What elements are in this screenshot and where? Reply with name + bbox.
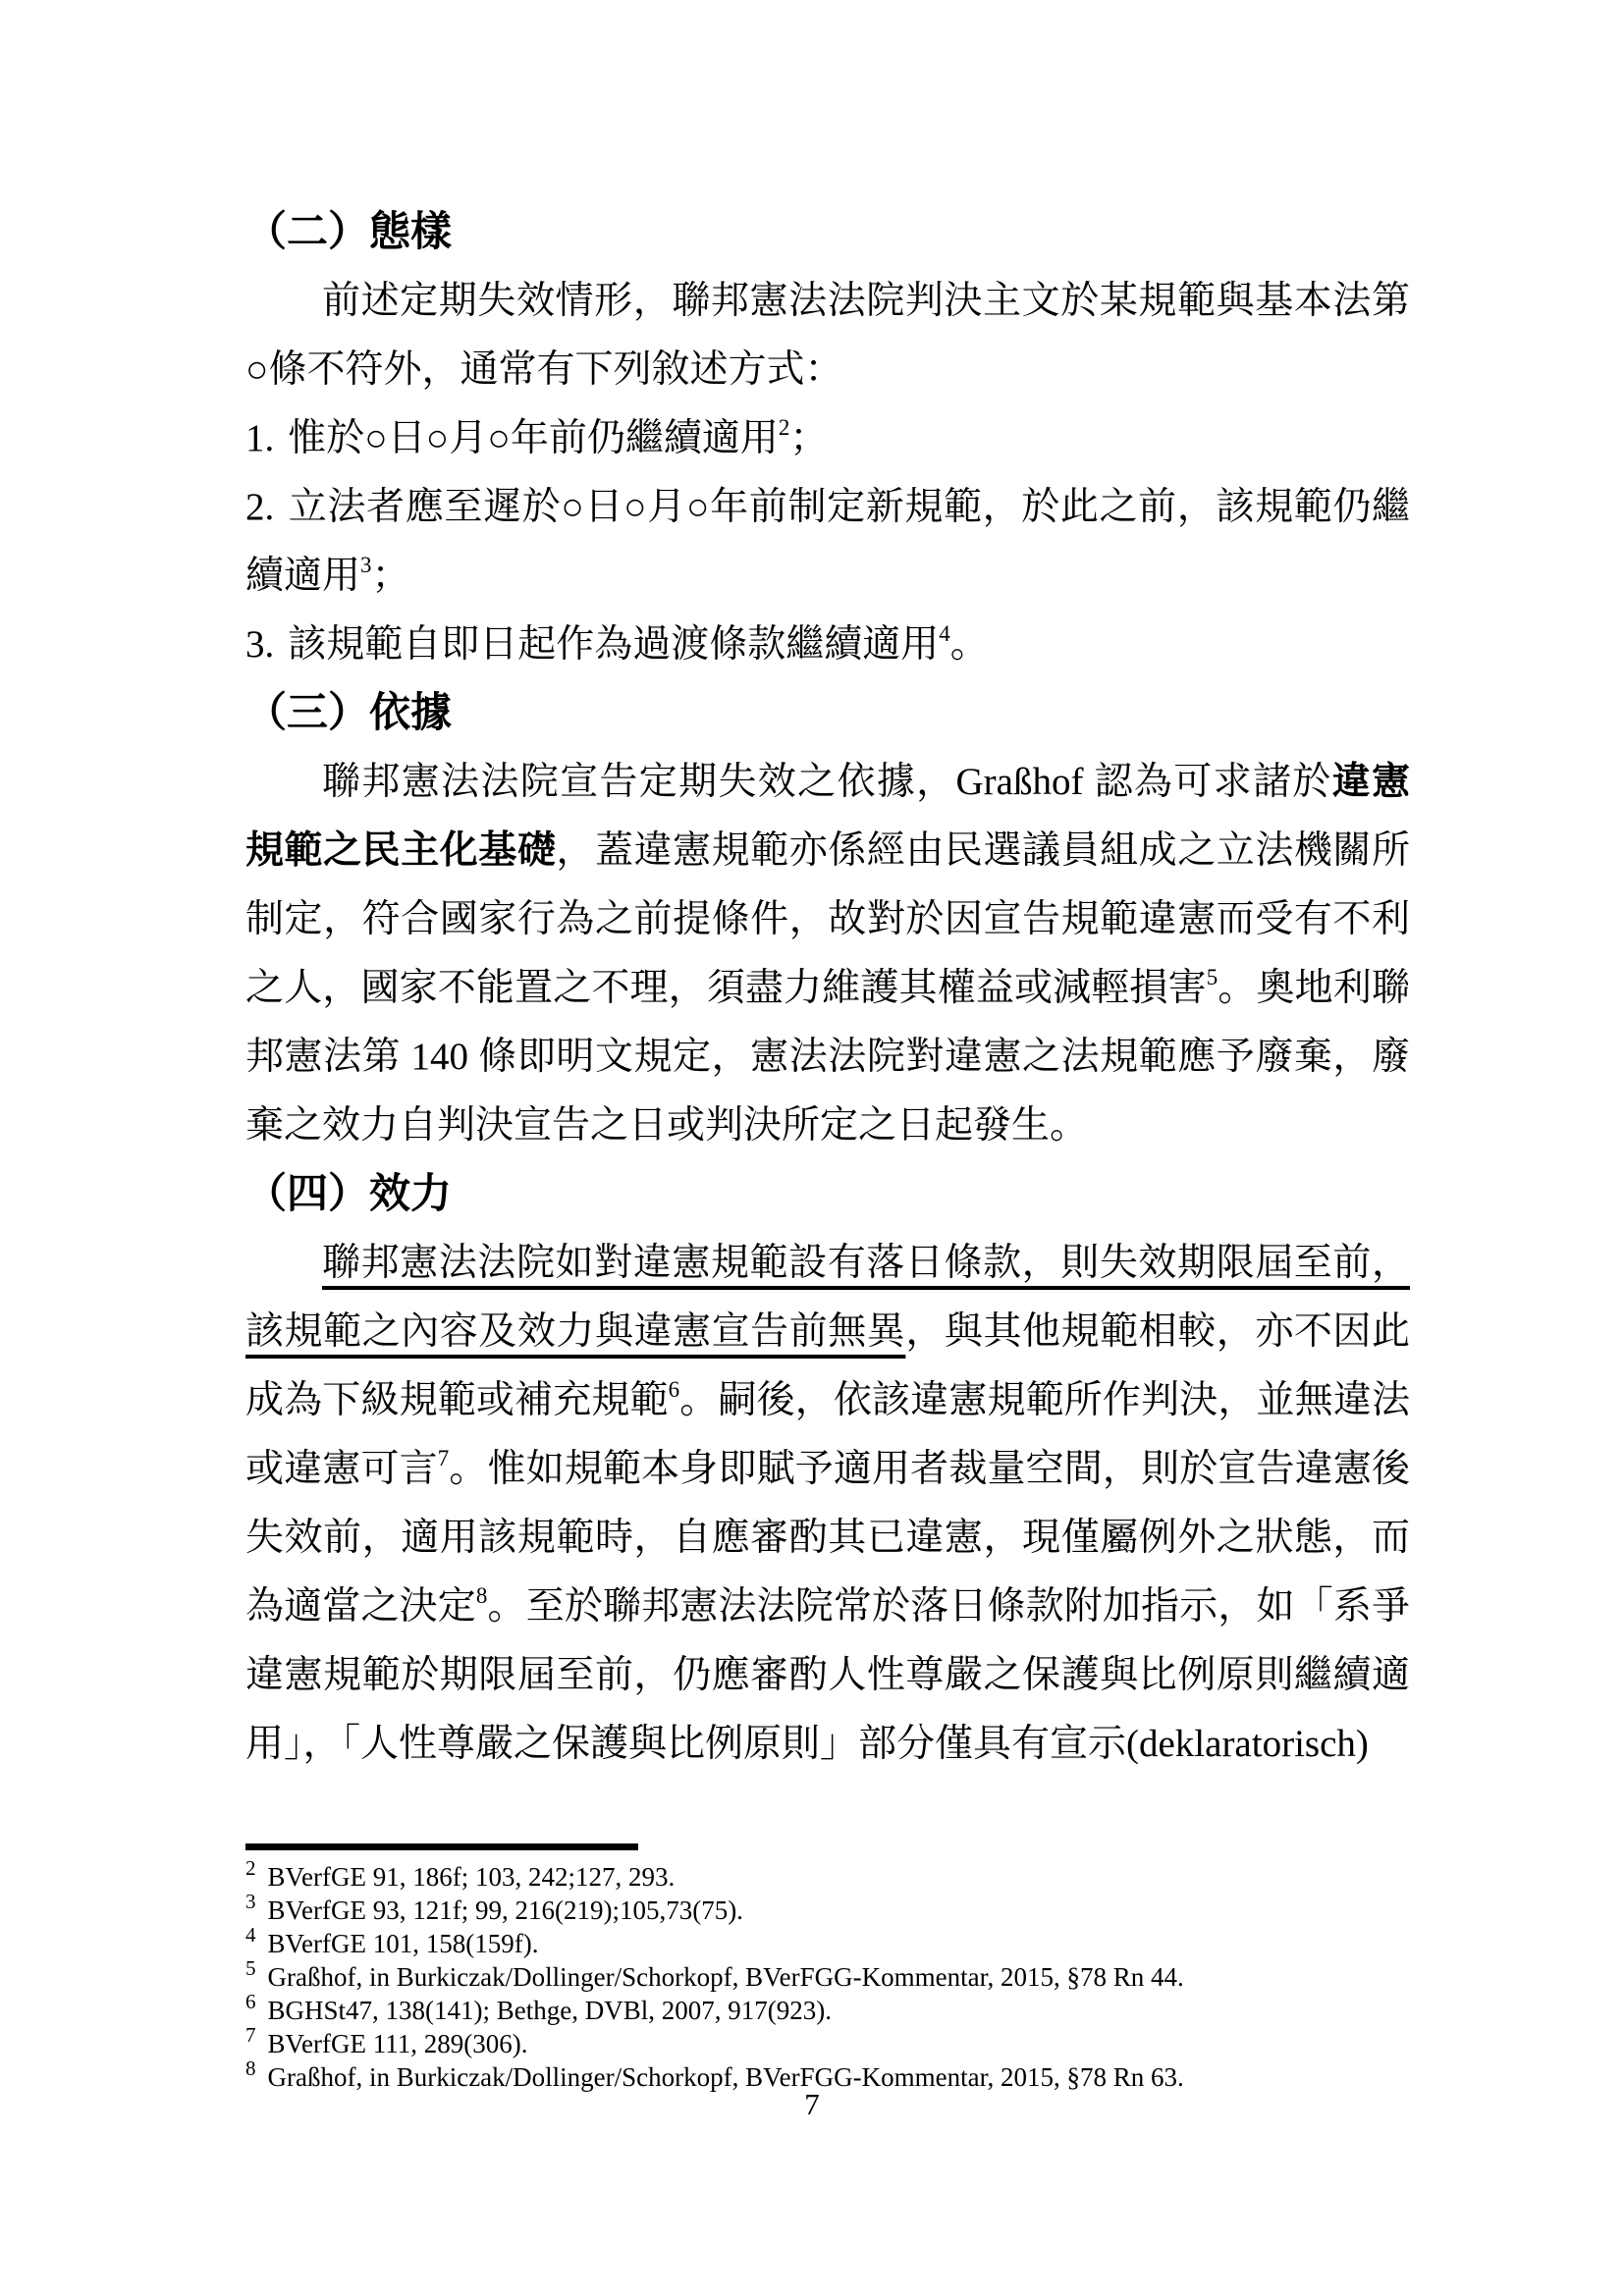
footnote-text: BVerfGE 101, 158(159f). bbox=[268, 1929, 539, 1958]
list-item-number: 1. bbox=[245, 417, 274, 459]
footnote-number: 7 bbox=[245, 2023, 256, 2047]
list-item-text: 該規範自即日起作為過渡條款繼續適用 bbox=[288, 623, 939, 666]
section-heading-4: （四）效力 bbox=[245, 1160, 1410, 1229]
list-item-tail: ； bbox=[372, 555, 410, 597]
footnote-3: 3BVerfGE 93, 121f; 99, 216(219);105,73(7… bbox=[245, 1894, 1424, 1927]
list-item-1: 1.惟於○日○月○年前仍繼續適用2； bbox=[245, 404, 1410, 473]
footnote-number: 3 bbox=[245, 1890, 256, 1913]
list-item-2: 2.立法者應至遲於○日○月○年前制定新規範，於此之前，該規範仍繼續適用3； bbox=[245, 473, 1410, 611]
list-item-number: 2. bbox=[245, 486, 274, 528]
section-heading-2: （二）態樣 bbox=[245, 198, 1410, 267]
footnote-ref-5: 5 bbox=[1207, 965, 1218, 989]
footnote-number: 8 bbox=[245, 2056, 256, 2080]
document-page: （二）態樣 前述定期失效情形，聯邦憲法法院判決主文於某規範與基本法第○條不符外，… bbox=[0, 0, 1624, 2296]
list-item-text: 惟於○日○月○年前仍繼續適用 bbox=[288, 417, 779, 459]
footnote-7: 7BVerfGE 111, 289(306). bbox=[245, 2027, 1424, 2060]
list-item-tail: 。 bbox=[950, 623, 989, 666]
section-heading-3: （三）依據 bbox=[245, 679, 1410, 748]
footnote-number: 5 bbox=[245, 1956, 256, 1980]
footnote-number: 2 bbox=[245, 1856, 256, 1880]
paragraph-text: 前述定期失效情形，聯邦憲法法院判決主文於某規範與基本法第○條不符外，通常有下列敘… bbox=[245, 280, 1410, 391]
footnote-number: 6 bbox=[245, 1990, 256, 2013]
list-item-tail: ； bbox=[789, 417, 828, 459]
footnote-text: BVerfGE 91, 186f; 103, 242;127, 293. bbox=[268, 1862, 676, 1892]
section-4-paragraph: 聯邦憲法法院如對違憲規範設有落日條款，則失效期限屆至前，該規範之內容及效力與違憲… bbox=[245, 1229, 1410, 1779]
list-item-number: 3. bbox=[245, 623, 274, 666]
footnote-text: BVerfGE 93, 121f; 99, 216(219);105,73(75… bbox=[268, 1896, 743, 1925]
footnote-ref-7: 7 bbox=[438, 1446, 450, 1470]
document-body: （二）態樣 前述定期失效情形，聯邦憲法法院判決主文於某規範與基本法第○條不符外，… bbox=[245, 198, 1410, 1779]
footnote-2: 2BVerfGE 91, 186f; 103, 242;127, 293. bbox=[245, 1860, 1424, 1894]
footnote-text: Graßhof, in Burkiczak/Dollinger/Schorkop… bbox=[268, 1962, 1184, 1992]
footnote-text: BVerfGE 111, 289(306). bbox=[268, 2029, 528, 2058]
footnote-ref-2: 2 bbox=[779, 415, 790, 440]
footnote-ref-4: 4 bbox=[939, 621, 950, 646]
paragraph-text: 聯邦憲法法院宣告定期失效之依據，Graßhof 認為可求諸於 bbox=[322, 761, 1332, 803]
footnote-5: 5Graßhof, in Burkiczak/Dollinger/Schorko… bbox=[245, 1960, 1424, 1994]
footnote-number: 4 bbox=[245, 1923, 256, 1947]
section-3-paragraph: 聯邦憲法法院宣告定期失效之依據，Graßhof 認為可求諸於違憲規範之民主化基礎… bbox=[245, 748, 1410, 1160]
footnote-4: 4BVerfGE 101, 158(159f). bbox=[245, 1927, 1424, 1960]
footnote-ref-3: 3 bbox=[360, 553, 372, 577]
footnote-text: BGHSt47, 138(141); Bethge, DVBl, 2007, 9… bbox=[268, 1996, 832, 2025]
page-number: 7 bbox=[0, 2087, 1624, 2122]
footnotes-block: 2BVerfGE 91, 186f; 103, 242;127, 293. 3B… bbox=[245, 1843, 1424, 2094]
list-item-3: 3.該規範自即日起作為過渡條款繼續適用4。 bbox=[245, 611, 1410, 679]
footnote-ref-6: 6 bbox=[669, 1377, 680, 1402]
footnote-6: 6BGHSt47, 138(141); Bethge, DVBl, 2007, … bbox=[245, 1994, 1424, 2027]
section-2-paragraph: 前述定期失效情形，聯邦憲法法院判決主文於某規範與基本法第○條不符外，通常有下列敘… bbox=[245, 267, 1410, 404]
footnote-ref-8: 8 bbox=[476, 1583, 488, 1608]
footnote-separator bbox=[245, 1843, 638, 1850]
list-item-text: 立法者應至遲於○日○月○年前制定新規範，於此之前，該規範仍繼續適用 bbox=[245, 486, 1410, 597]
